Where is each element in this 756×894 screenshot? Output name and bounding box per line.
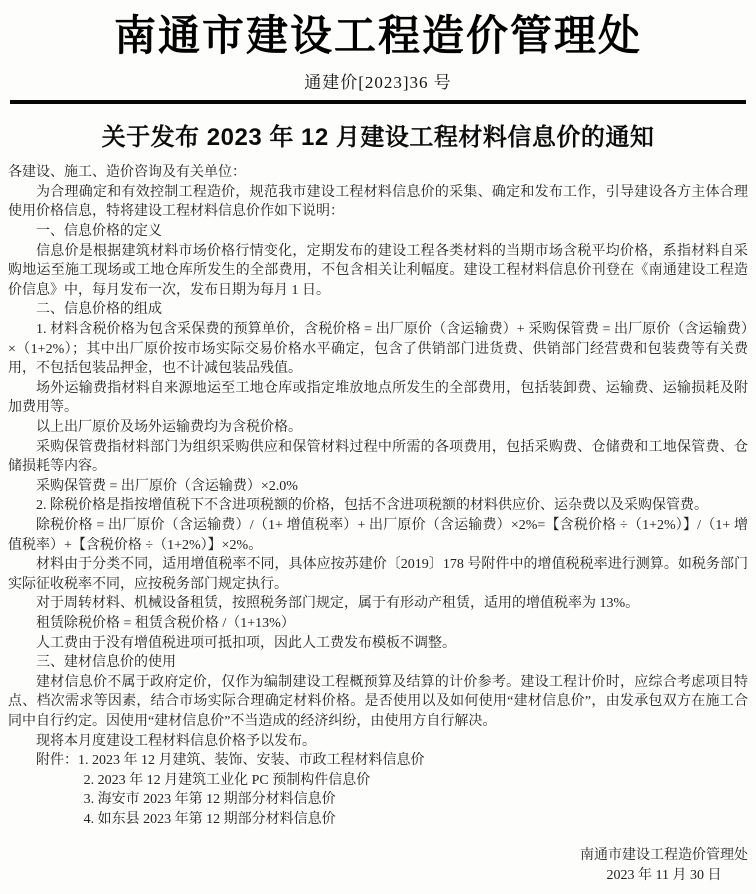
signature-block: 南通市建设工程造价管理处 2023 年 11 月 30 日 — [0, 846, 756, 886]
attachment-label: 附件： — [36, 753, 78, 768]
body-paragraph: 对于周转材料、机械设备租赁，按照税务部门规定，属于有形动产租赁，适用的增值税率为… — [8, 594, 748, 614]
body-paragraph: 以上出厂原价及场外运输费均为含税价格。 — [8, 418, 748, 438]
attachment-item: 4. 如东县 2023 年第 12 期部分材料信息价 — [8, 810, 748, 830]
org-title: 南通市建设工程造价管理处 — [0, 0, 756, 61]
signature-date: 2023 年 11 月 30 日 — [580, 866, 748, 886]
body-paragraph: 材料由于分类不同，适用增值税率不同，具体应按苏建价〔2019〕178 号附件中的… — [8, 555, 748, 594]
body-paragraph: 信息价是根据建筑材料市场价格行情变化，定期发布的建设工程各类材料的当期市场含税平… — [8, 242, 748, 301]
body-paragraph: 场外运输费指材料自来源地运至工地仓库或指定堆放地点所发生的全部费用，包括装卸费、… — [8, 379, 748, 418]
attachment-list: 附件：1. 2023 年 12 月建筑、装饰、安装、市政工程材料信息价 2. 2… — [8, 751, 748, 829]
formula-line: 除税价格 = 出厂原价（含运输费）/（1+ 增值税率）+ 出厂原价（含运输费）×… — [8, 516, 748, 555]
doc-number: 通建价[2023]36 号 — [0, 68, 756, 93]
body-paragraph: 现将本月度建设工程材料信息价格予以发布。 — [8, 732, 748, 752]
body-paragraph: 建材信息价不属于政府定价，仅作为编制建设工程概预算及结算的计价参考。建设工程计价… — [8, 673, 748, 732]
salutation: 各建设、施工、造价咨询及有关单位： — [8, 163, 748, 183]
attachment-item: 1. 2023 年 12 月建筑、装饰、安装、市政工程材料信息价 — [78, 753, 425, 768]
document-header: 南通市建设工程造价管理处 通建价[2023]36 号 关于发布 2023 年 1… — [0, 0, 756, 152]
body-paragraph: 2. 除税价格是指按增值税下不含进项税额的价格，包括不含进项税额的材料供应价、运… — [8, 496, 748, 516]
body-paragraph: 人工费由于没有增值税进项可抵扣项，因此人工费发布模板不调整。 — [8, 634, 748, 654]
signature-org: 南通市建设工程造价管理处 — [580, 846, 748, 866]
formula-line: 采购保管费 = 出厂原价（含运输费）×2.0% — [8, 477, 748, 497]
header-divider — [10, 100, 746, 104]
attachment-item: 3. 海安市 2023 年第 12 期部分材料信息价 — [8, 790, 748, 810]
body-paragraph: 采购保管费指材料部门为组织采购供应和保管材料过程中所需的各项费用，包括采购费、仓… — [8, 438, 748, 477]
formula-line: 租赁除税价格 = 租赁含税价格 /（1+13%） — [8, 614, 748, 634]
body-paragraph: 1. 材料含税价格为包含采保费的预算单价，含税价格 = 出厂原价（含运输费）+ … — [8, 320, 748, 379]
attachment-item: 2. 2023 年 12 月建筑工业化 PC 预制构件信息价 — [8, 771, 748, 791]
section-heading-3: 三、建材信息价的使用 — [8, 653, 748, 673]
document-page: 南通市建设工程造价管理处 通建价[2023]36 号 关于发布 2023 年 1… — [0, 0, 756, 894]
notice-title: 关于发布 2023 年 12 月建设工程材料信息价的通知 — [0, 117, 756, 152]
section-heading-2: 二、信息价格的组成 — [8, 300, 748, 320]
notice-body: 各建设、施工、造价咨询及有关单位： 为合理确定和有效控制工程造价，规范我市建设工… — [0, 163, 756, 829]
section-heading-1: 一、信息价格的定义 — [8, 222, 748, 242]
attachment-line-1: 附件：1. 2023 年 12 月建筑、装饰、安装、市政工程材料信息价 — [8, 751, 748, 771]
body-paragraph: 为合理确定和有效控制工程造价，规范我市建设工程材料信息价的采集、确定和发布工作，… — [8, 183, 748, 222]
